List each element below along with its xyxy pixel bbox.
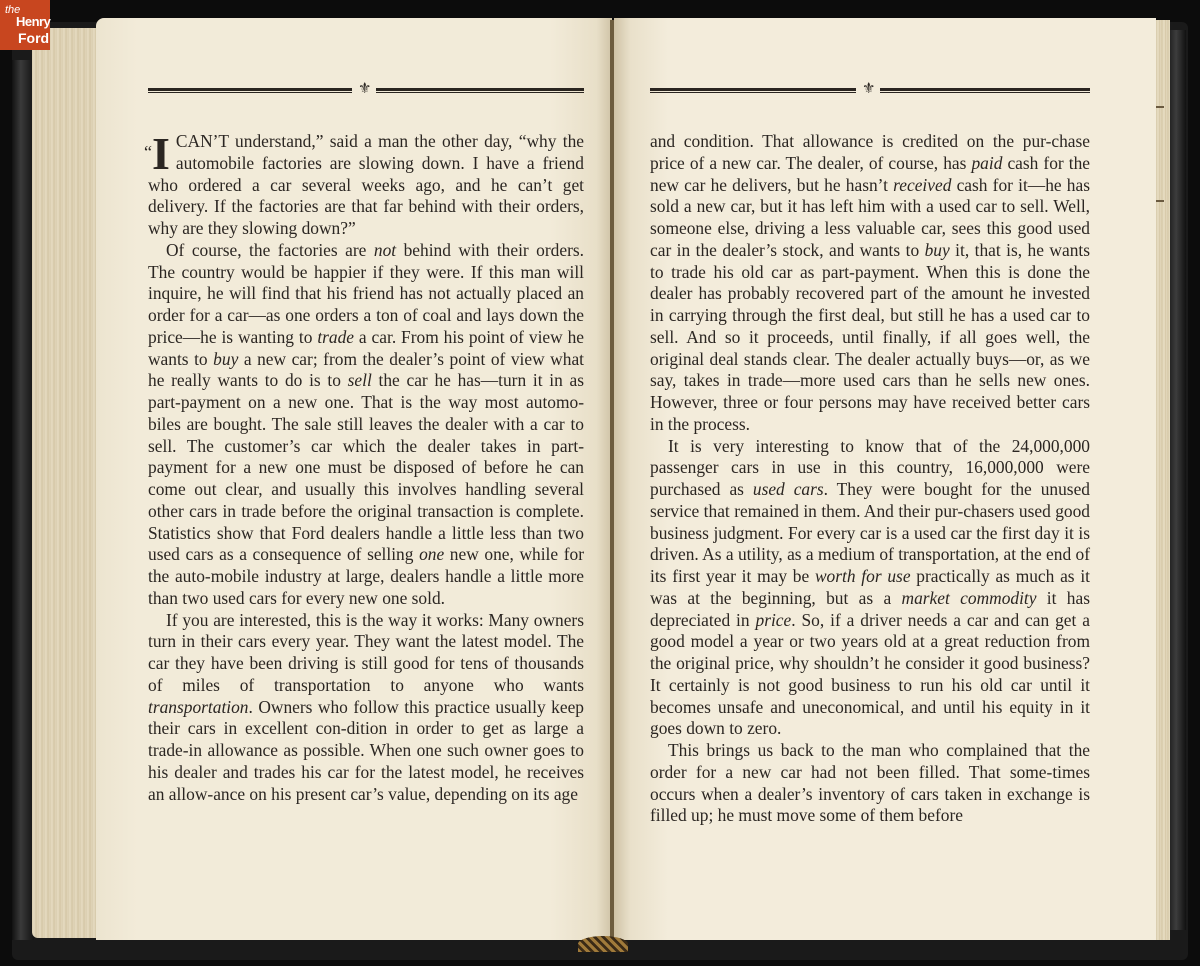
left-page-text: “I CAN’T understand,” said a man the oth…: [148, 131, 584, 805]
page-stack-left: [32, 28, 98, 938]
fleur-de-lis-icon: ⚜: [358, 81, 371, 97]
paragraph: Of course, the factories are not behind …: [148, 240, 584, 610]
drop-cap: “I: [144, 135, 170, 173]
italic-text: not: [374, 240, 396, 260]
logo-text-ford: Ford: [18, 30, 49, 46]
right-page-text: and condition. That allowance is credite…: [650, 131, 1090, 827]
italic-text: one: [419, 544, 444, 564]
text-run: This brings us back to the man who compl…: [650, 740, 1090, 825]
text-run: CAN’T understand,” said a man the other …: [148, 131, 584, 238]
italic-text: received: [893, 175, 951, 195]
paragraph: “I CAN’T understand,” said a man the oth…: [148, 131, 584, 240]
book-gutter: [610, 20, 614, 940]
paragraph: It is very interesting to know that of t…: [650, 436, 1090, 741]
fleur-de-lis-icon: ⚜: [862, 81, 875, 97]
text-run: the car he has—turn it in as part-paymen…: [148, 370, 584, 564]
text-run: If you are interested, this is the way i…: [148, 610, 584, 695]
left-page-ornament-divider: ⚜: [148, 84, 584, 100]
ornament-rule-left: [650, 88, 856, 93]
italic-text: trade: [317, 327, 354, 347]
paragraph: This brings us back to the man who compl…: [650, 740, 1090, 827]
italic-text: used cars: [753, 479, 824, 499]
italic-text: worth for use: [815, 566, 911, 586]
italic-text: buy: [213, 349, 238, 369]
italic-text: buy: [925, 240, 950, 260]
right-page-ornament-divider: ⚜: [650, 84, 1090, 100]
book-headband: [578, 936, 628, 952]
italic-text: transportation: [148, 697, 249, 717]
cover-edge-left: [12, 60, 34, 940]
logo-text-henry: Henry: [16, 14, 50, 29]
italic-text: market commodity: [902, 588, 1037, 608]
italic-text: sell: [348, 370, 372, 390]
ornament-rule-right: [880, 88, 1090, 93]
paragraph: If you are interested, this is the way i…: [148, 610, 584, 806]
paragraph: and condition. That allowance is credite…: [650, 131, 1090, 436]
text-run: it, that is, he wants to trade his old c…: [650, 240, 1090, 434]
italic-text: paid: [971, 153, 1002, 173]
cover-edge-right: [1168, 30, 1186, 930]
text-run: Of course, the factories are: [166, 240, 374, 260]
ornament-rule-right: [376, 88, 584, 93]
ornament-rule-left: [148, 88, 352, 93]
henry-ford-watermark-logo: the Henry Ford: [0, 0, 50, 50]
italic-text: price: [756, 610, 792, 630]
